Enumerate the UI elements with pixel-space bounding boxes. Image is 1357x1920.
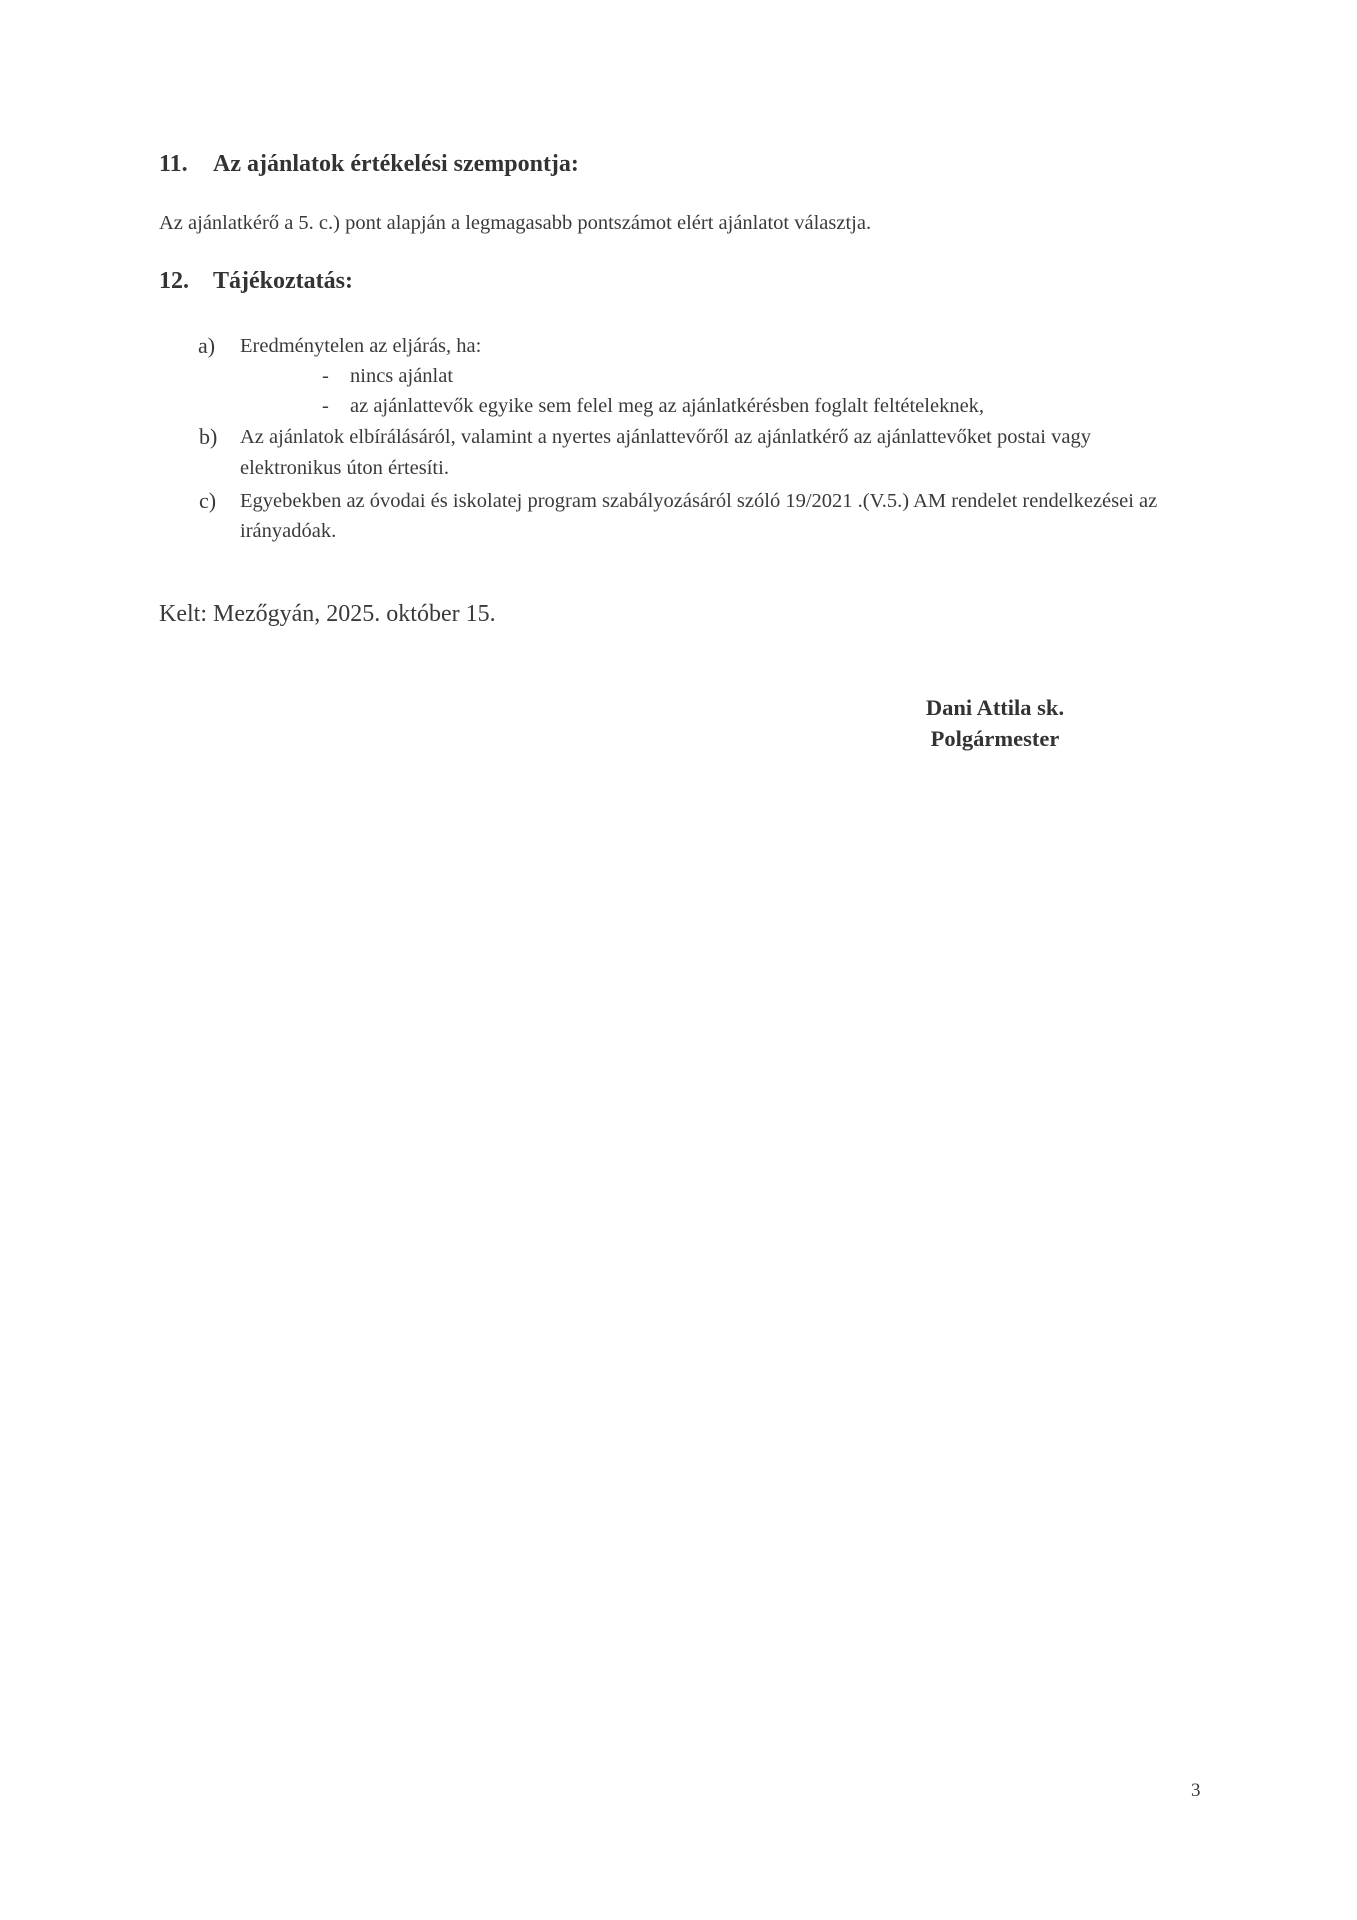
list-text: Eredménytelen az eljárás, ha: [240,335,481,358]
list-text: Egyebekben az óvodai és iskolatej progra… [240,490,1157,513]
date-line: Kelt: Mezőgyán, 2025. október 15. [159,602,496,626]
section-title: Az ajánlatok értékelési szempontja: [213,151,579,177]
sub-list-text: nincs ajánlat [350,365,453,388]
signature-title: Polgármester [875,728,1115,751]
sub-list-text: az ajánlattevők egyike sem felel meg az … [350,395,984,418]
list-text: Az ajánlatok elbírálásáról, valamint a n… [240,426,1091,449]
list-text-continuation: irányadóak. [240,520,336,543]
signature-name: Dani Attila sk. [875,697,1115,720]
bullet-dash: - [322,365,329,388]
section-title: Tájékoztatás: [213,268,353,294]
section-12-heading: 12.Tájékoztatás: [159,269,353,293]
list-label: b) [199,424,217,450]
section-number: 12. [159,269,213,293]
list-text-continuation: elektronikus úton értesíti. [240,457,449,480]
list-label: a) [198,333,215,359]
section-11-body: Az ajánlatkérő a 5. c.) pont alapján a l… [159,213,871,234]
bullet-dash: - [322,395,329,418]
list-label: c) [199,488,216,514]
page-number: 3 [1191,1781,1201,1800]
section-number: 11. [159,152,213,176]
section-11-heading: 11.Az ajánlatok értékelési szempontja: [159,152,579,176]
